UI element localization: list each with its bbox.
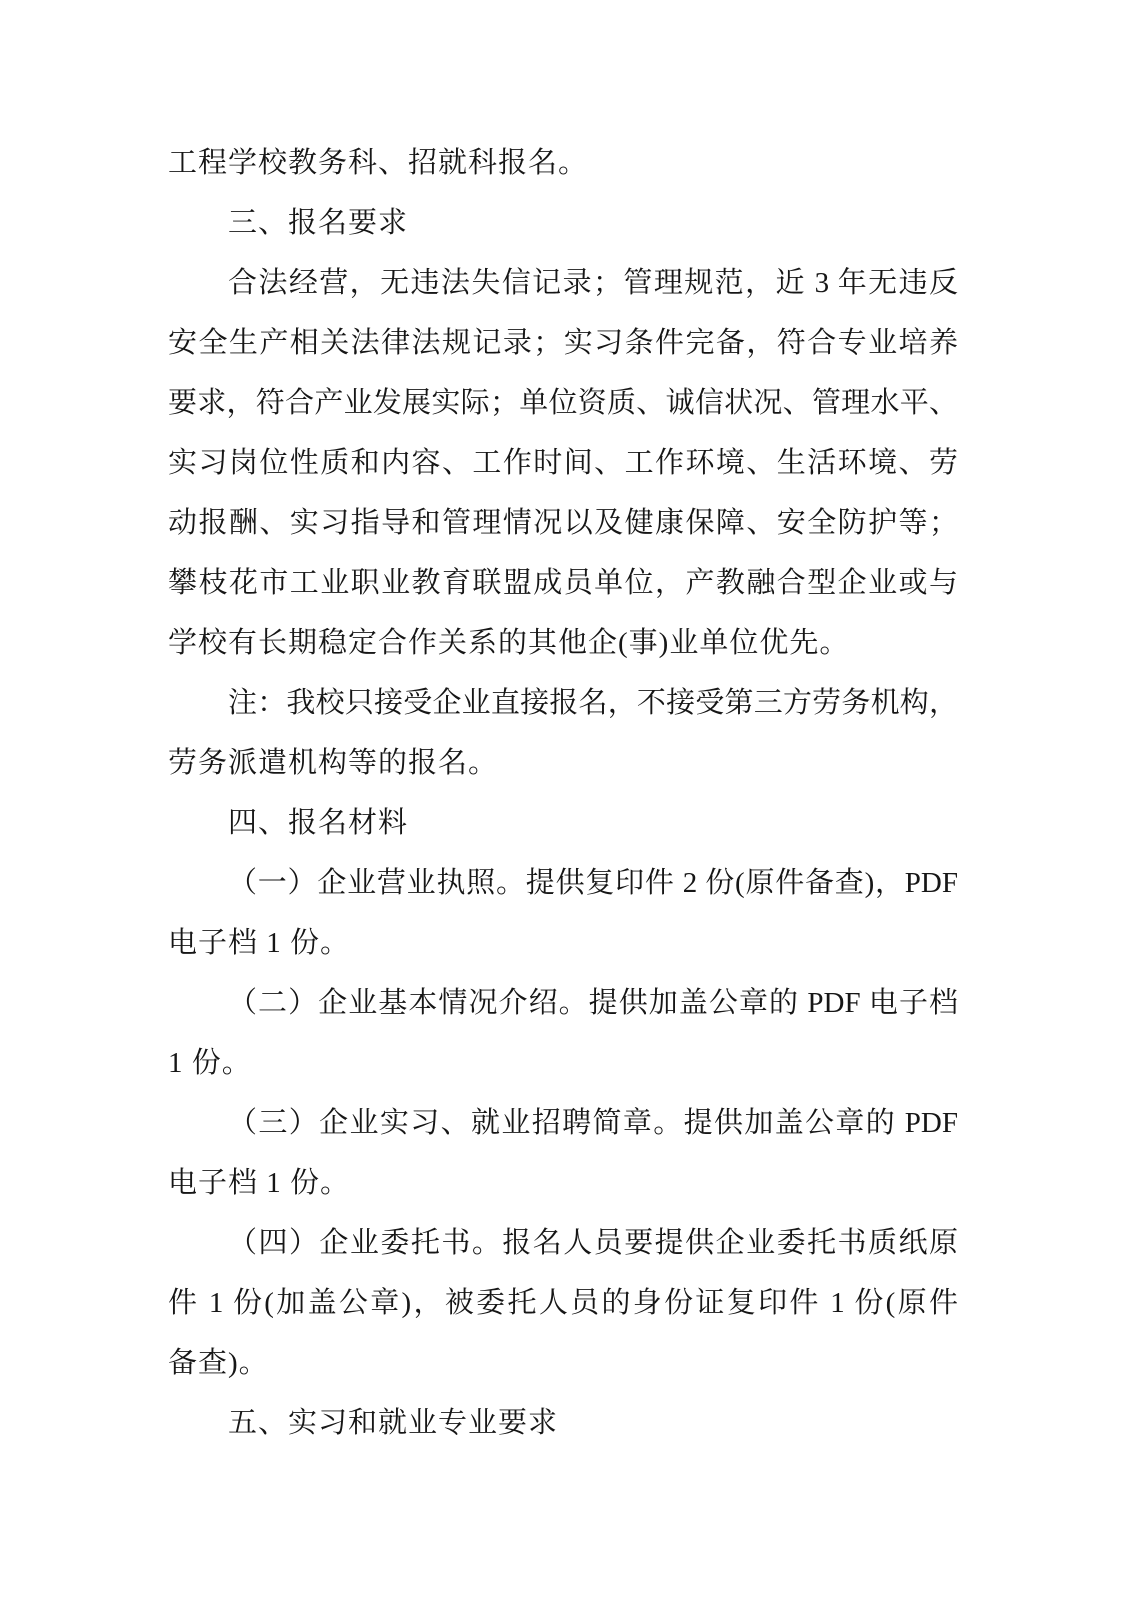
text-line: （一）企业营业执照。提供复印件 2 份(原件备查)，PDF <box>168 853 958 913</box>
text-line: 攀枝花市工业职业教育联盟成员单位，产教融合型企业或与 <box>168 553 958 613</box>
text-line: 电子档 1 份。 <box>168 1153 958 1213</box>
text-line: 工程学校教务科、招就科报名。 <box>168 133 958 193</box>
text-line: 五、实习和就业专业要求 <box>168 1393 958 1453</box>
text-line: （三）企业实习、就业招聘简章。提供加盖公章的 PDF <box>168 1093 958 1153</box>
document-page: 工程学校教务科、招就科报名。三、报名要求合法经营，无违法失信记录；管理规范，近 … <box>0 0 1122 1600</box>
text-line: 四、报名材料 <box>168 793 958 853</box>
document-body: 工程学校教务科、招就科报名。三、报名要求合法经营，无违法失信记录；管理规范，近 … <box>168 133 958 1453</box>
text-line: 劳务派遣机构等的报名。 <box>168 733 958 793</box>
text-line: 备查)。 <box>168 1333 958 1393</box>
text-line: 实习岗位性质和内容、工作时间、工作环境、生活环境、劳 <box>168 433 958 493</box>
text-line: 电子档 1 份。 <box>168 913 958 973</box>
text-line: 要求，符合产业发展实际；单位资质、诚信状况、管理水平、 <box>168 373 958 433</box>
text-line: （四）企业委托书。报名人员要提供企业委托书质纸原 <box>168 1213 958 1273</box>
text-line: 件 1 份(加盖公章)，被委托人员的身份证复印件 1 份(原件 <box>168 1273 958 1333</box>
text-line: 三、报名要求 <box>168 193 958 253</box>
text-line: 1 份。 <box>168 1033 958 1093</box>
text-line: 合法经营，无违法失信记录；管理规范，近 3 年无违反 <box>168 253 958 313</box>
text-line: 注：我校只接受企业直接报名，不接受第三方劳务机构， <box>168 673 958 733</box>
text-line: 学校有长期稳定合作关系的其他企(事)业单位优先。 <box>168 613 958 673</box>
text-line: 动报酬、实习指导和管理情况以及健康保障、安全防护等； <box>168 493 958 553</box>
text-line: （二）企业基本情况介绍。提供加盖公章的 PDF 电子档 <box>168 973 958 1033</box>
text-line: 安全生产相关法律法规记录；实习条件完备，符合专业培养 <box>168 313 958 373</box>
